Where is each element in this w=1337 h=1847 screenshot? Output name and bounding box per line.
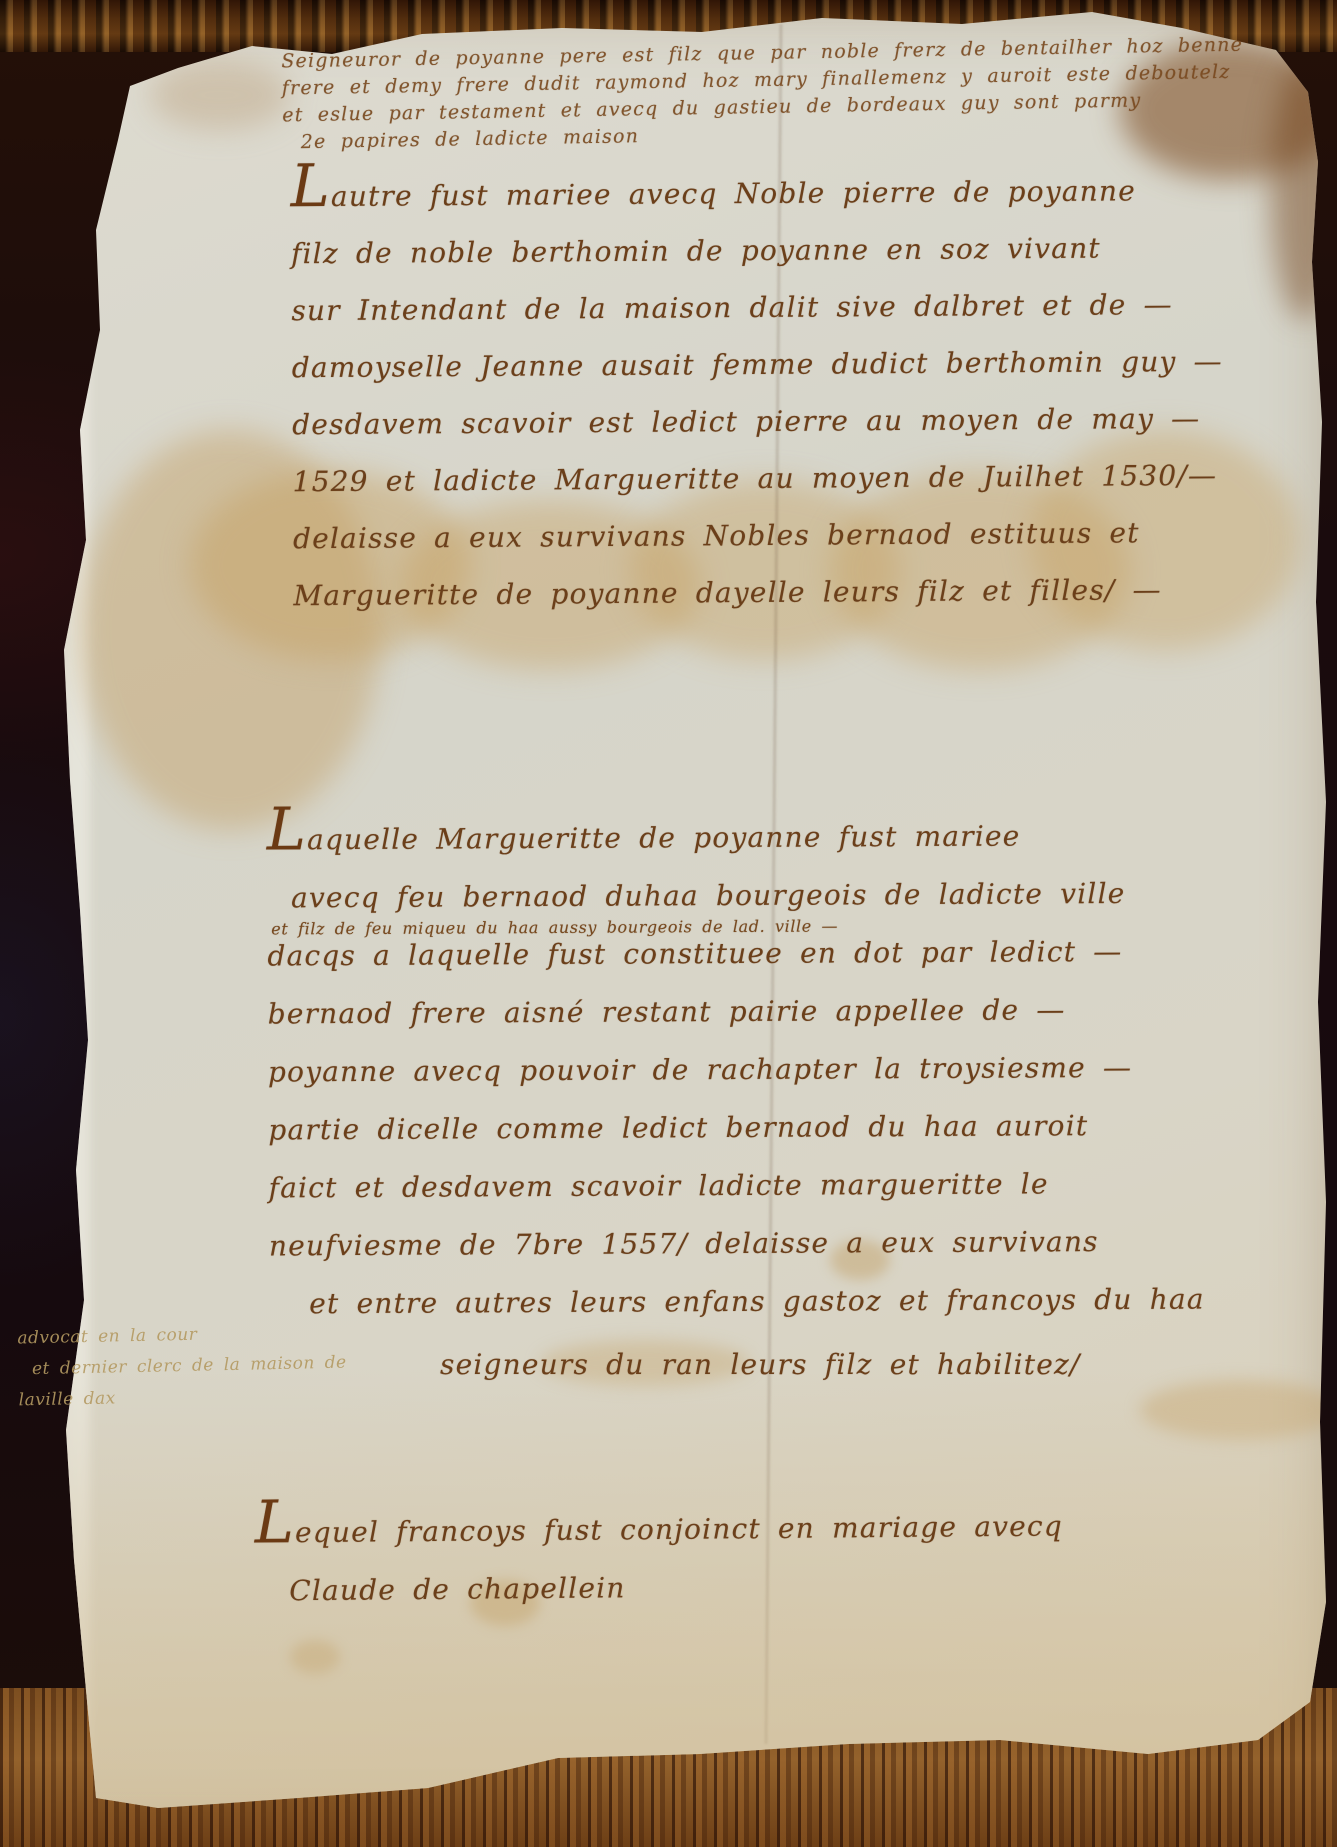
interlinear-insertion: et filz de feu miqueu du haa aussy bourg… <box>271 917 838 938</box>
header-paragraph: Seigneuror de poyanne pere est filz que … <box>281 32 1245 157</box>
manuscript-line: desdavem scavoir est ledict pierre au mo… <box>292 390 1223 453</box>
manuscript-line: bernaod frere aisné restant pairie appel… <box>268 981 1204 1044</box>
manuscript-line: 1529 et ladicte Margueritte au moyen de … <box>292 447 1223 510</box>
manuscript-photo: Seigneuror de poyanne pere est filz que … <box>0 0 1337 1847</box>
margin-note: advocat en la cour et dernier clerc de l… <box>17 1317 348 1417</box>
paragraph-2: Laquelle Margueritte de poyanne fust mar… <box>267 804 1205 1334</box>
manuscript-line: partie dicelle comme ledict bernaod du h… <box>268 1097 1204 1160</box>
manuscript-line: Lautre fust mariee avecq Noble pierre de… <box>290 159 1221 225</box>
manuscript-line: neufviesme de 7bre 1557/ delaisse a eux … <box>269 1213 1205 1276</box>
manuscript-line: damoyselle Jeanne ausait femme dudict be… <box>292 333 1223 396</box>
manuscript-line: delaisse a eux survivans Nobles bernaod … <box>293 504 1224 567</box>
manuscript-line: sur Intendant de la maison dalit sive da… <box>291 276 1222 339</box>
paragraph-1: Lautre fust mariee avecq Noble pierre de… <box>290 159 1224 624</box>
manuscript-line: Laquelle Margueritte de poyanne fust mar… <box>267 804 1203 870</box>
manuscript-line: poyanne avecq pouvoir de rachapter la tr… <box>268 1039 1204 1102</box>
manuscript-line: Margueritte de poyanne dayelle leurs fil… <box>293 561 1224 624</box>
manuscript-line: et entre autres leurs enfans gastoz et f… <box>269 1271 1205 1334</box>
manuscript-line: faict et desdavem scavoir ladicte margue… <box>268 1155 1204 1218</box>
manuscript-line: seigneurs du ran leurs filz et habilitez… <box>440 1348 1081 1381</box>
manuscript-line: Lequel francoys fust conjoinct en mariag… <box>255 1494 1064 1564</box>
manuscript-line: filz de noble berthomin de poyanne en so… <box>291 219 1222 282</box>
paragraph-3: Lequel francoys fust conjoinct en mariag… <box>255 1494 1064 1618</box>
manuscript-line: Claude de chapellein <box>255 1557 1064 1618</box>
